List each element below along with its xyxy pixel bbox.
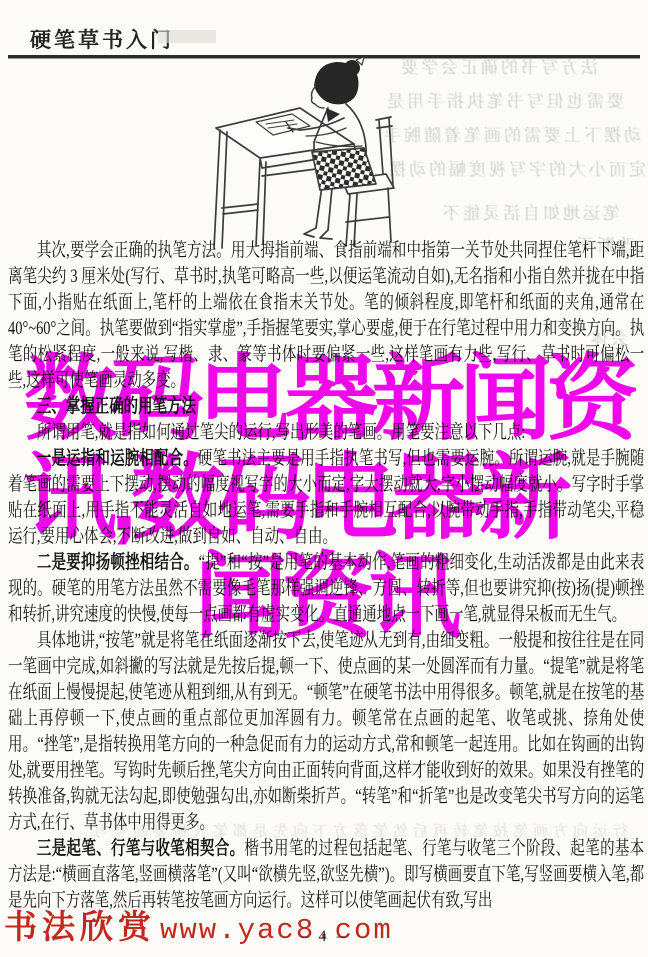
bleedthrough-line: 笔运地如自活灵能不 (440, 199, 620, 224)
paragraph-lead: 三是起笔、行笔与收笔相契合。 (37, 838, 244, 859)
overlay-watermark: 数码电器新闻资 讯,数码电器新 闻资讯 (24, 350, 626, 647)
girl-writing-at-desk-illustration (196, 56, 466, 256)
overlay-watermark-line: 闻资讯 (24, 548, 626, 647)
overlay-watermark-line: 讯,数码电器新 (24, 449, 626, 548)
paragraph: 具体地讲,“按笔”就是将笔在纸面逐渐按下去,使笔迹从无到有,由细变粗。一般提和按… (8, 628, 644, 836)
scan-smudge (158, 30, 216, 43)
scanned-book-page: 法方写书的确正会学要要需也但写书笔执指手用是动摆下上要需的画笔着随腕手定而小大的… (0, 0, 648, 957)
book-title: 硬笔草书入门 (30, 24, 174, 54)
page-number: – 4 – (0, 928, 648, 946)
overlay-watermark-line: 数码电器新闻资 (24, 350, 626, 449)
